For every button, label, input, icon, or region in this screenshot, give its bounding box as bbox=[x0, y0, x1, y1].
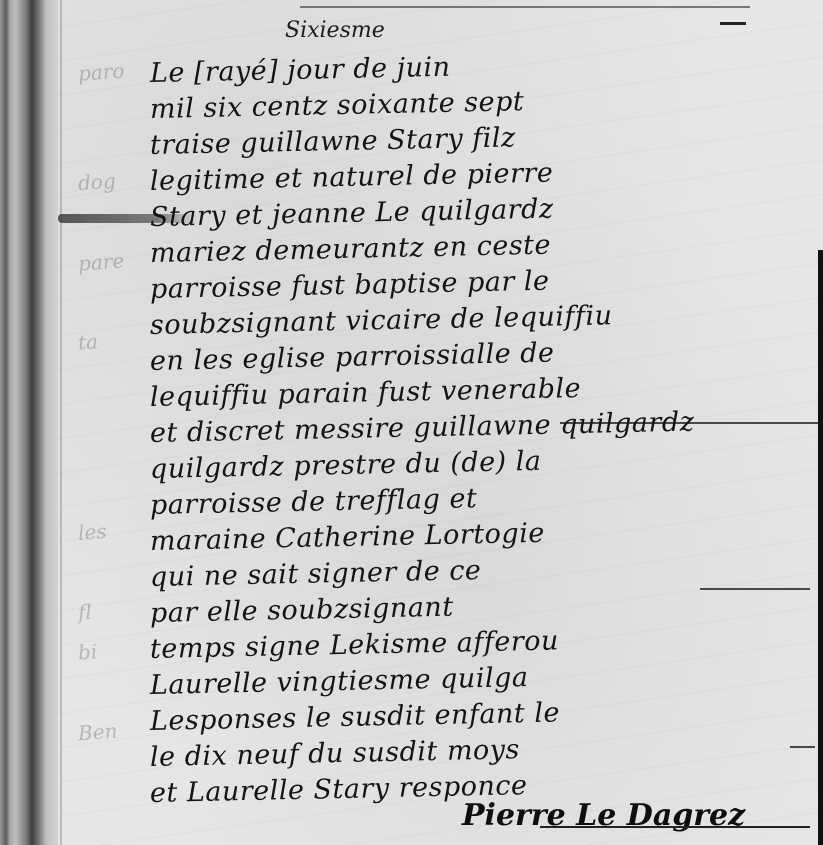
signature-underline bbox=[540, 826, 810, 828]
margin-ghost-text: pare bbox=[77, 248, 125, 275]
margin-rule bbox=[60, 0, 62, 845]
manuscript-page: paro dog pare ta les fl bi Ben Sixiesme … bbox=[0, 0, 823, 845]
margin-ghost-text: ta bbox=[77, 329, 99, 354]
margin-ghost-text: paro bbox=[77, 58, 125, 85]
binding-gutter bbox=[0, 0, 58, 845]
page-right-edge bbox=[818, 250, 823, 845]
margin-ghost-text: dog bbox=[77, 169, 116, 196]
margin-ghost-text: Ben bbox=[77, 719, 118, 746]
handwritten-entry: Le [rayé] jour de juin mil six centz soi… bbox=[150, 22, 810, 812]
top-rule-line bbox=[300, 6, 750, 8]
margin-ghost-text: fl bbox=[77, 600, 92, 625]
margin-ghost-text: les bbox=[77, 519, 107, 545]
margin-ghost-text: bi bbox=[77, 639, 98, 664]
